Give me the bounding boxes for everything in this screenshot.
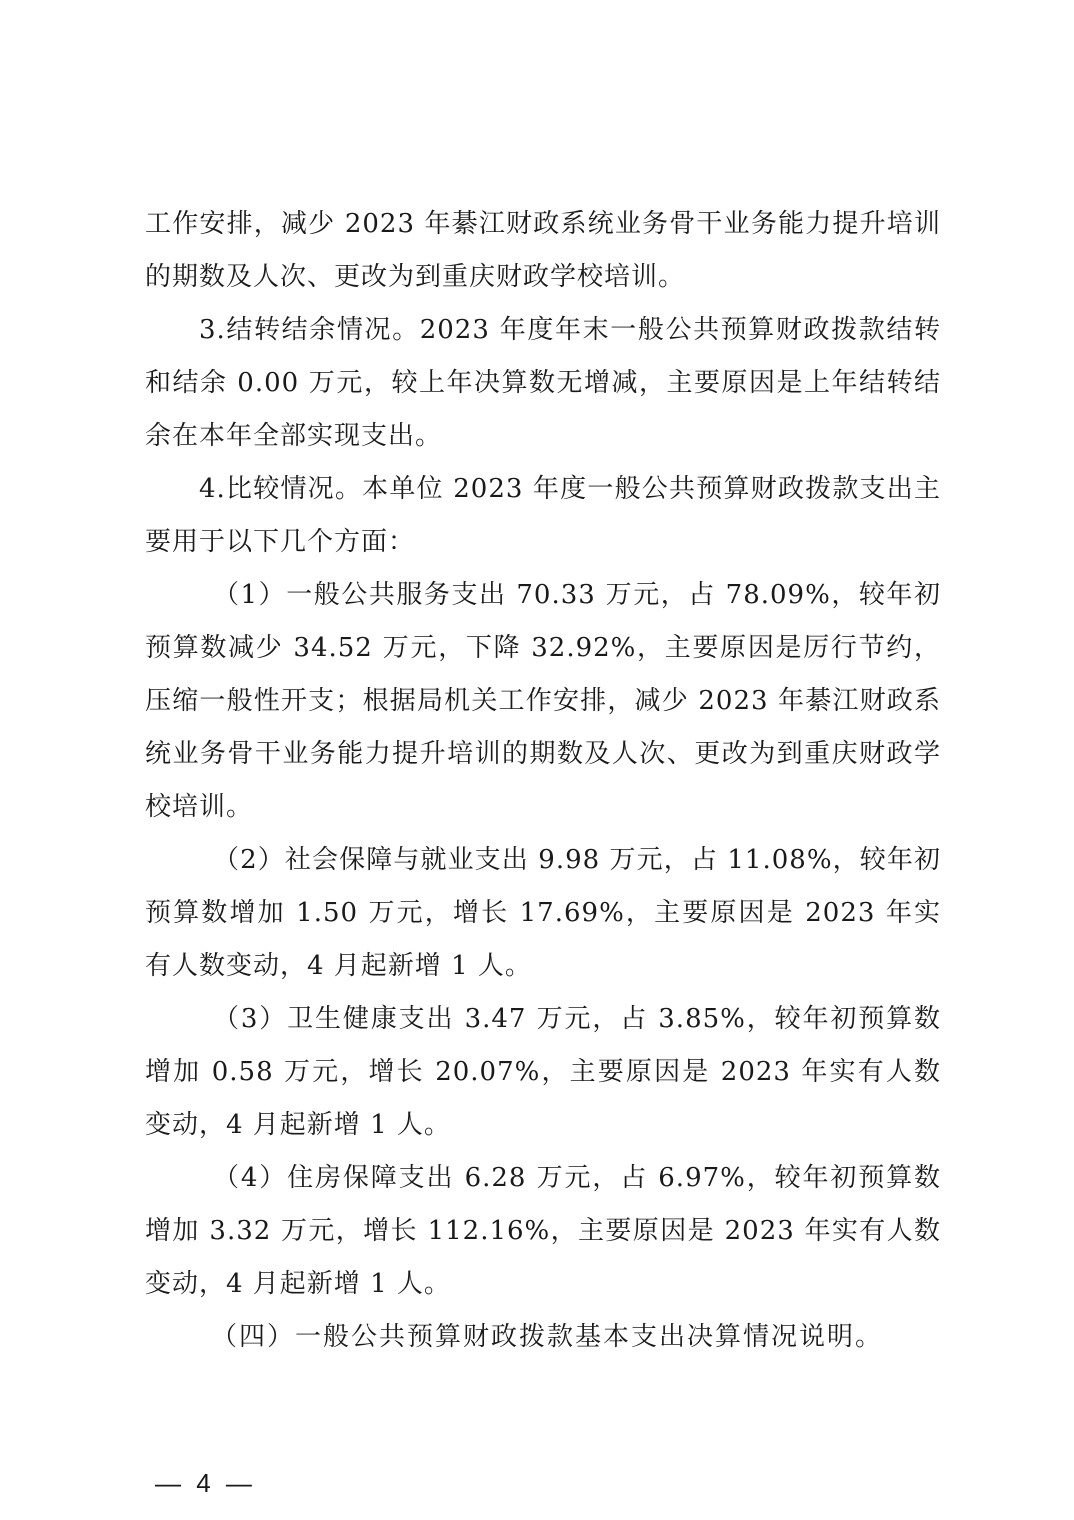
list-item-general-public-services: （1）一般公共服务支出 70.33 万元，占 78.09%，较年初预算数减少 3… bbox=[145, 569, 941, 834]
list-item-housing: （4）住房保障支出 6.28 万元，占 6.97%，较年初预算数增加 3.32 … bbox=[145, 1152, 941, 1311]
section-heading-basic-expenditure: （四）一般公共预算财政拨款基本支出决算情况说明。 bbox=[145, 1311, 941, 1364]
list-item-health: （3）卫生健康支出 3.47 万元，占 3.85%，较年初预算数增加 0.58 … bbox=[145, 993, 941, 1152]
carryover-balance-paragraph: 3.结转结余情况。2023 年度年末一般公共预算财政拨款结转和结余 0.00 万… bbox=[145, 304, 941, 463]
page-number: — 4 — bbox=[155, 1468, 256, 1499]
list-item-social-security: （2）社会保障与就业支出 9.98 万元，占 11.08%，较年初预算数增加 1… bbox=[145, 834, 941, 993]
document-body: 工作安排，减少 2023 年綦江财政系统业务骨干业务能力提升培训的期数及人次、更… bbox=[145, 198, 941, 1364]
document-page: 工作安排，减少 2023 年綦江财政系统业务骨干业务能力提升培训的期数及人次、更… bbox=[0, 0, 1074, 1520]
comparison-paragraph: 4.比较情况。本单位 2023 年度一般公共预算财政拨款支出主要用于以下几个方面… bbox=[145, 463, 941, 569]
continued-paragraph: 工作安排，减少 2023 年綦江财政系统业务骨干业务能力提升培训的期数及人次、更… bbox=[145, 198, 941, 304]
